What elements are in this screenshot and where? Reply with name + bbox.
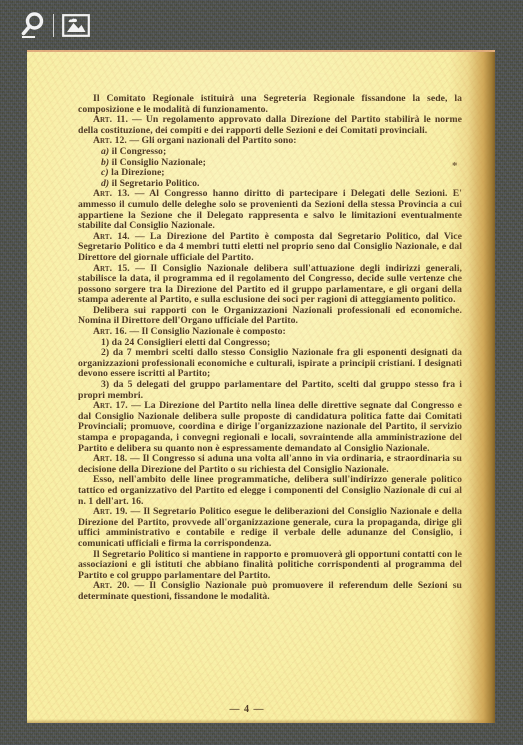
viewer-background: { "toolbar": { "buttons": [ { "id": "sea… [0,0,523,745]
item-marker: 2) [101,347,113,358]
item-marker: 1) [101,337,112,348]
toolbar [0,0,523,50]
paragraph: Il Comitato Regionale istituirà una Segr… [78,94,462,115]
article-label: Art. 19. [93,506,131,517]
item-marker: d) [101,178,112,189]
article-label: Art. 18. [93,453,130,464]
picture-icon [62,14,90,37]
article-label: Art. 17. [93,400,131,411]
search-button[interactable] [18,10,48,40]
article-label: Art. 16. [93,326,129,337]
item-marker: a) [101,146,112,157]
list-item: 3) da 5 delegati del gruppo parlamentare… [78,380,462,401]
article-label: Art. 14. [93,231,135,242]
paragraph: Delibera sui rapporti con le Organizzazi… [78,306,462,327]
item-marker: 3) [101,379,113,390]
article-label: Art. 15. [93,263,135,274]
toolbar-divider [53,14,54,37]
article-label: Art. 11. [93,114,132,125]
article-label: Art. 13. [93,188,135,199]
image-view-button[interactable] [61,10,91,40]
item-marker: c) [101,167,111,178]
margin-asterisk: * [452,160,458,172]
list-item: a) il Congresso; [78,147,462,158]
paragraph: Art. 14. — La Direzione del Partito è co… [78,232,462,264]
scanned-page: Il Comitato Regionale istituirà una Segr… [27,50,495,723]
paragraph: Art. 15. — Il Consiglio Nazionale delibe… [78,264,462,306]
paragraph: Art. 20. — Il Consiglio Nazionale può pr… [78,581,462,602]
paragraph: Art. 13. — Al Congresso hanno diritto di… [78,189,462,231]
paragraph: Art. 18. — Il Congresso si aduna una vol… [78,454,462,475]
item-marker: b) [101,157,112,168]
paragraph: Il Segretario Politico si mantiene in ra… [78,550,462,582]
search-icon [20,11,47,39]
paragraph: Art. 17. — La Direzione del Partito nell… [78,401,462,454]
paragraph: Art. 19. — Il Segretario Politico esegue… [78,507,462,549]
article-label: Art. 20. [93,580,135,591]
paragraph: Art. 11. — Un regolamento approvato dall… [78,115,462,136]
article-label: Art. 12. [93,135,129,146]
paragraph: Esso, nell'ambito delle linee programmat… [78,475,462,507]
list-item: 2) da 7 membri scelti dallo stesso Consi… [78,348,462,380]
document-text: Il Comitato Regionale istituirà una Segr… [78,94,462,603]
page-number: — 4 — [27,704,467,715]
